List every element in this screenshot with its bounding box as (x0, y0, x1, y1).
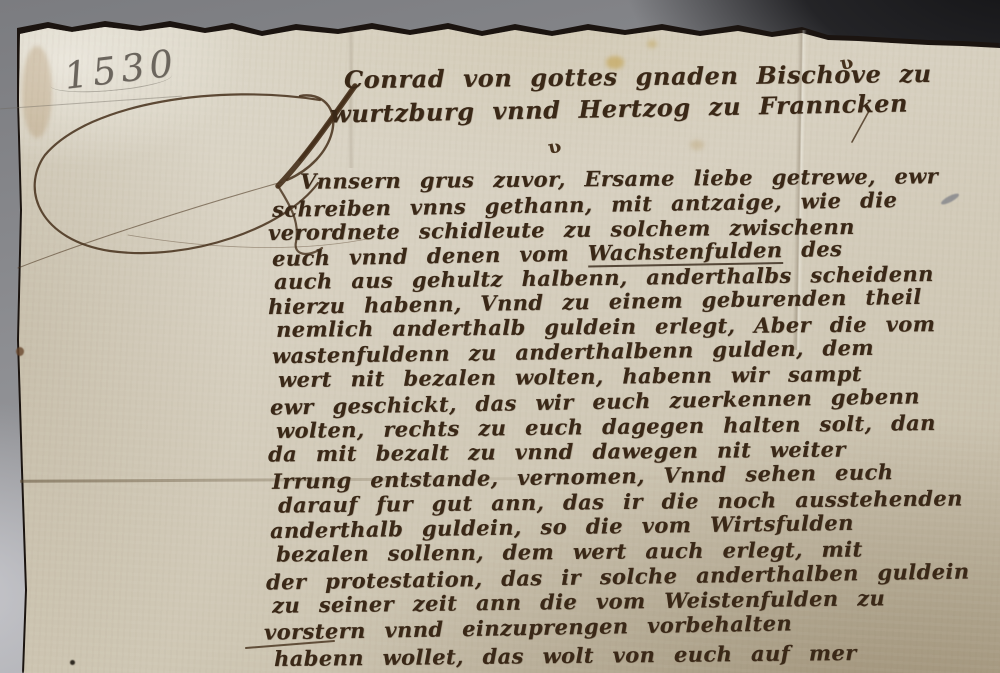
manuscript-photo: 1530 Conrad von gottes gnaden Bischove z… (0, 0, 1000, 673)
manuscript-body: Vnnsern grus zuvor, Ersame liebe getrewe… (0, 0, 1000, 673)
manuscript-line: habenn wollet, das wolt von euch auf mer (274, 640, 857, 671)
